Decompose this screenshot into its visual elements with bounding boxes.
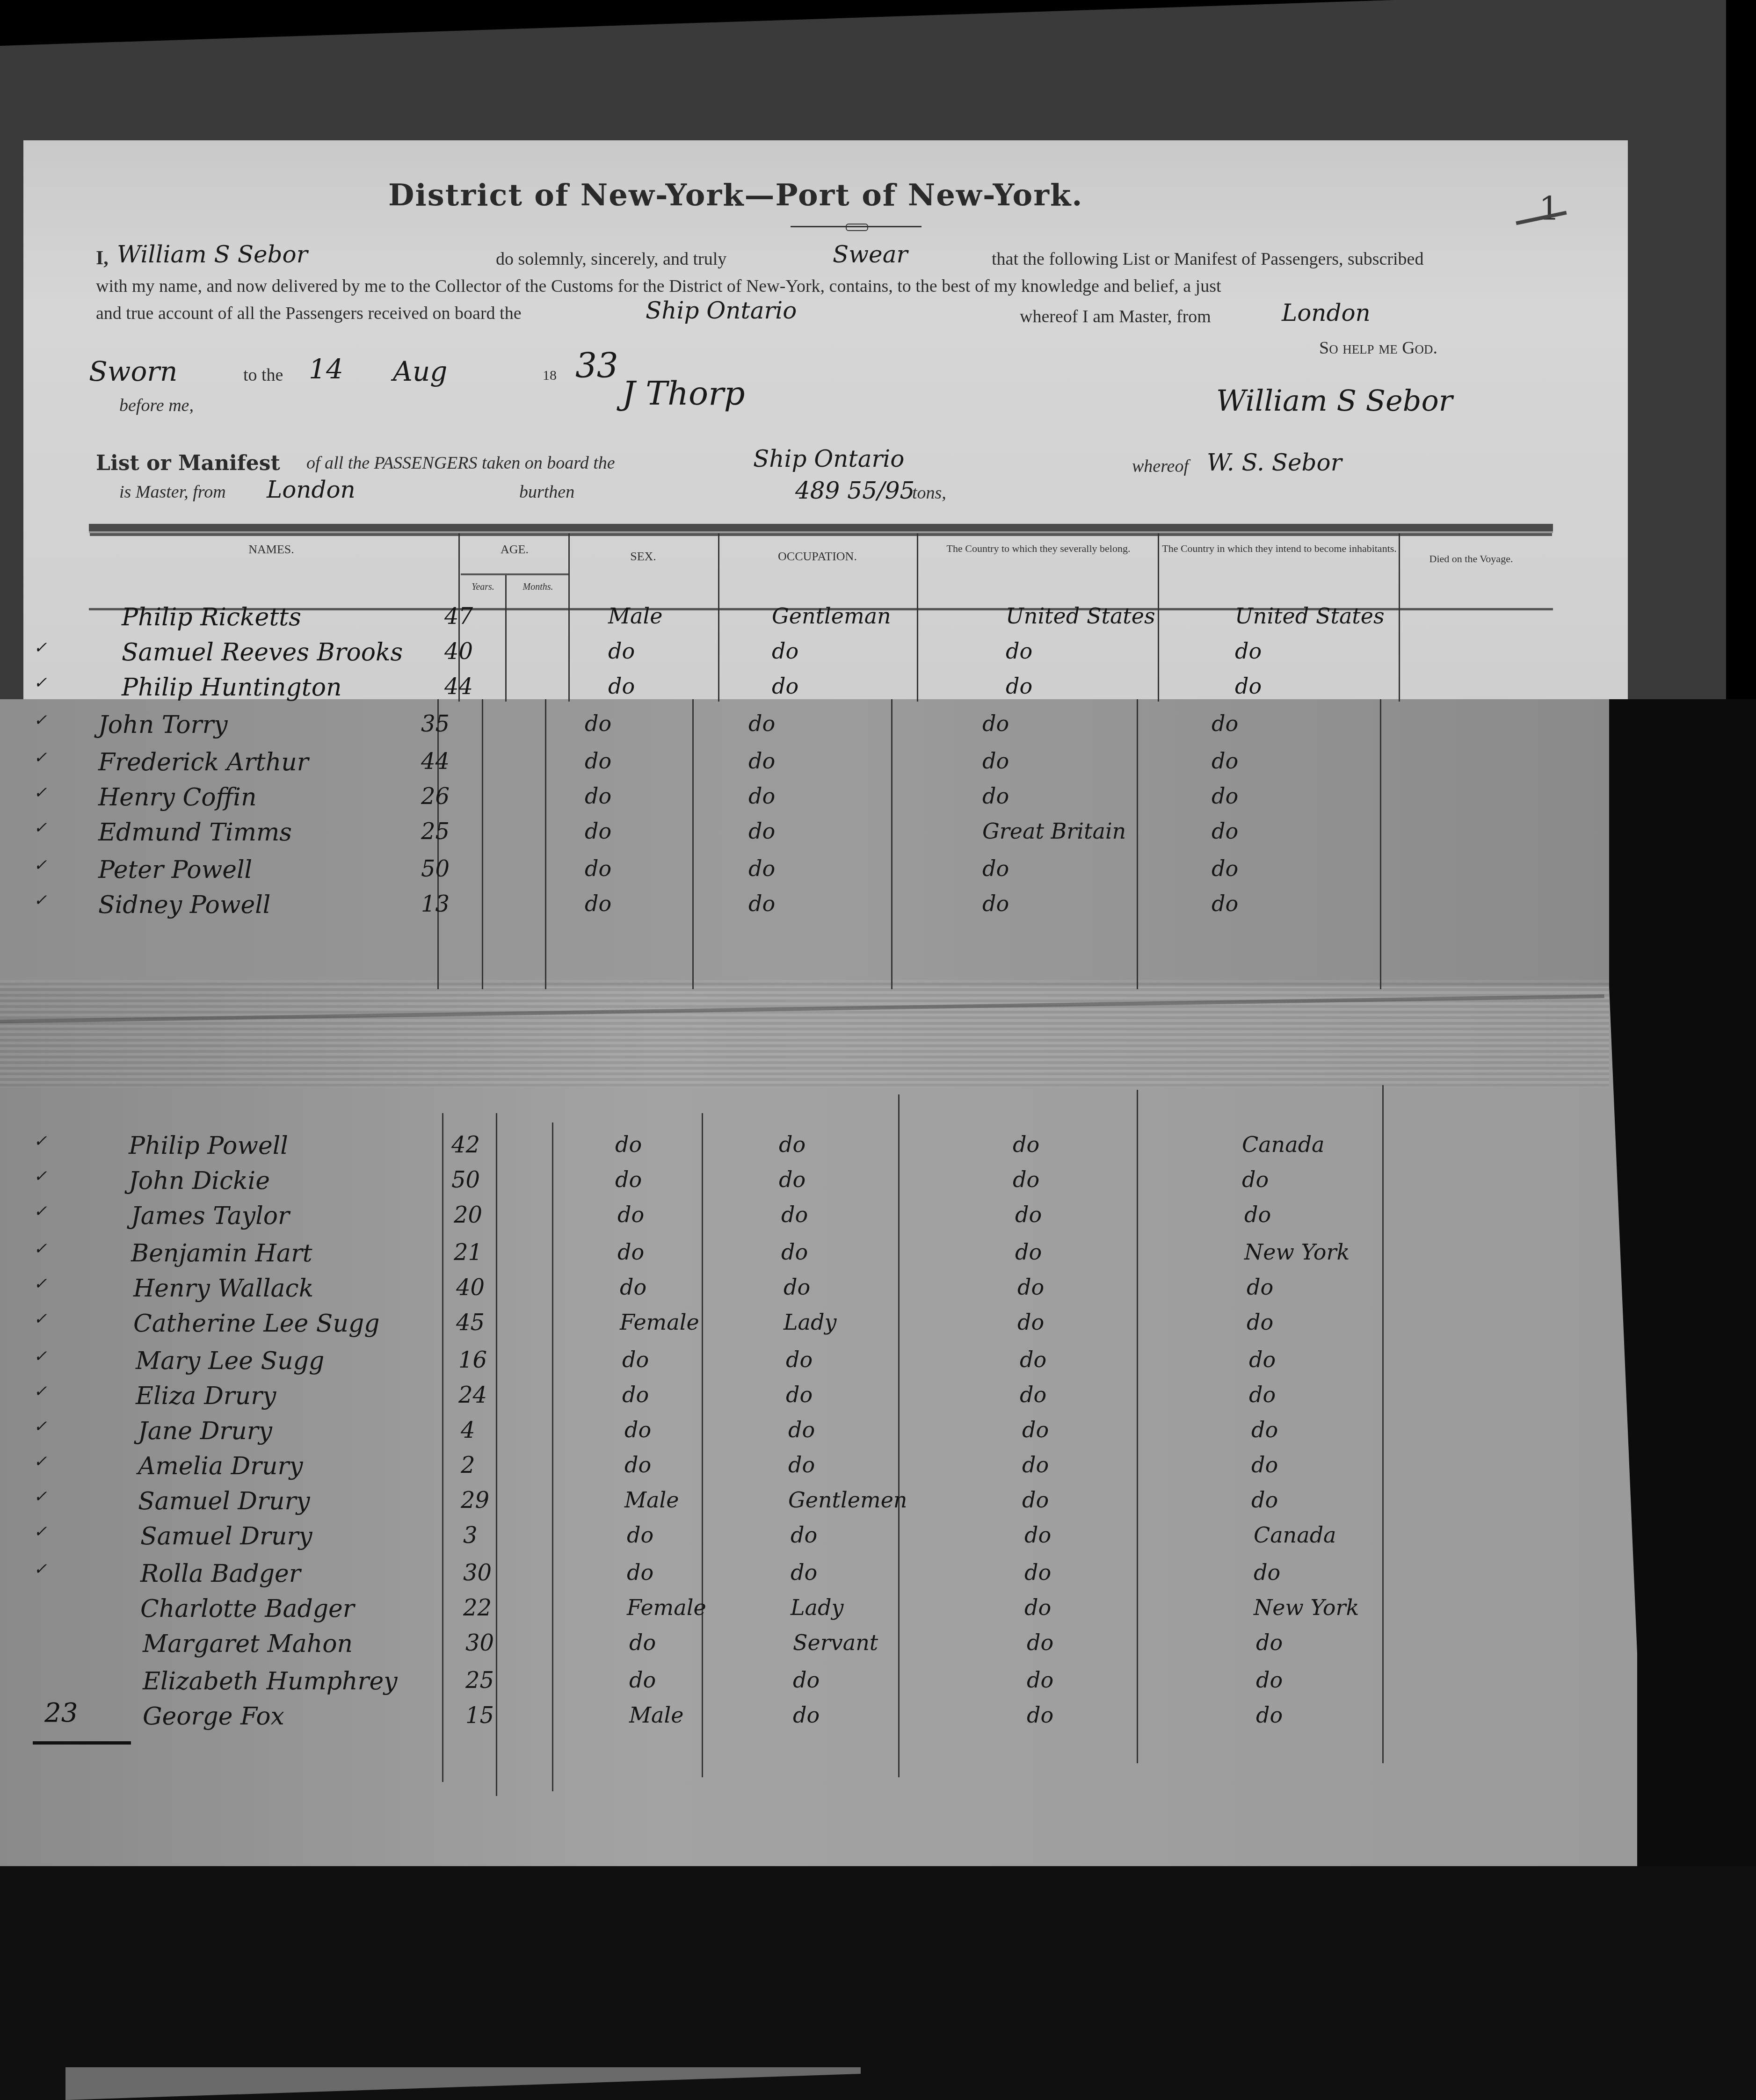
- manifest-master: W. S. Sebor: [1207, 449, 1342, 476]
- passenger-occupation: do: [781, 1239, 808, 1265]
- passenger-name: Philip Ricketts: [122, 603, 301, 631]
- checkmark-icon: ✓: [34, 711, 47, 730]
- passenger-occupation: do: [748, 856, 775, 881]
- passenger-name: Charlotte Badger: [140, 1595, 355, 1623]
- passenger-sex: do: [624, 1452, 651, 1477]
- passenger-occupation: do: [779, 1132, 805, 1157]
- passenger-row: Charlotte Badger22FemaleLadydoNew York: [0, 1595, 1609, 1632]
- manifest-label: List or Manifest: [96, 451, 280, 475]
- passenger-row: ✓Eliza Drury24dodododo: [0, 1382, 1609, 1419]
- passenger-occupation: do: [793, 1667, 820, 1693]
- passenger-sex: do: [608, 638, 635, 664]
- passenger-name: Philip Huntington: [122, 673, 342, 702]
- passenger-row: ✓Frederick Arthur44dodododo: [0, 748, 1609, 786]
- passenger-country-intend: do: [1256, 1702, 1283, 1728]
- passenger-sex: Male: [608, 603, 662, 629]
- passenger-age: 40: [456, 1274, 485, 1301]
- checkmark-icon: ✓: [34, 818, 47, 837]
- tally-underline: [33, 1741, 131, 1745]
- passenger-country-intend: do: [1235, 638, 1262, 664]
- passenger-row: ✓Mary Lee Sugg16dodododo: [0, 1347, 1609, 1384]
- passenger-age: 30: [465, 1630, 494, 1656]
- manifest-tonnage: 489 55/95: [795, 477, 914, 504]
- passenger-country-belong: do: [1015, 1202, 1042, 1227]
- passenger-row: ✓Henry Coffin26dodododo: [0, 783, 1609, 821]
- passenger-occupation: do: [786, 1382, 813, 1407]
- passenger-country-belong: do: [1017, 1310, 1044, 1335]
- checkmark-icon: ✓: [34, 1274, 47, 1293]
- checkmark-icon: ✓: [34, 1132, 47, 1151]
- passenger-country-intend: do: [1212, 783, 1238, 809]
- passenger-country-belong: United States: [1006, 603, 1155, 629]
- oath-text-2: that the following List or Manifest of P…: [992, 249, 1423, 269]
- master-signature: William S Sebor: [1216, 384, 1452, 418]
- column-header-intend: The Country in which they intend to beco…: [1160, 543, 1399, 555]
- column-header-occupation: OCCUPATION.: [718, 550, 917, 564]
- document-title: District of New-York—Port of New-York.: [388, 178, 1083, 213]
- passenger-name: Mary Lee Sugg: [136, 1347, 324, 1375]
- officer-signature: J Thorp: [622, 374, 745, 413]
- passenger-sex: do: [624, 1417, 651, 1442]
- passenger-age: 29: [461, 1487, 489, 1513]
- passenger-occupation: do: [748, 783, 775, 809]
- passenger-name: Rolla Badger: [140, 1560, 301, 1588]
- passenger-row: ✓Rolla Badger30dodododo: [0, 1560, 1609, 1597]
- passenger-age: 3: [463, 1522, 478, 1549]
- checkmark-icon: ✓: [34, 856, 47, 875]
- column-header-sex: SEX.: [568, 550, 718, 564]
- checkmark-icon: ✓: [34, 1417, 47, 1436]
- passenger-country-intend: do: [1212, 856, 1238, 881]
- passenger-row: ✓Samuel Drury3dododoCanada: [0, 1522, 1609, 1560]
- checkmark-icon: ✓: [34, 1382, 47, 1401]
- oath-line-3-prefix: and true account of all the Passengers r…: [96, 303, 522, 324]
- passenger-country-belong: do: [1017, 1274, 1044, 1300]
- passenger-country-belong: do: [1006, 673, 1032, 699]
- passenger-occupation: do: [784, 1274, 810, 1300]
- passenger-sex: do: [629, 1630, 656, 1655]
- title-ornament: [791, 224, 922, 229]
- passenger-name: Frederick Arthur: [98, 748, 309, 776]
- passenger-sex: do: [585, 856, 611, 881]
- manifest-text-1: of all the PASSENGERS taken on board the: [306, 453, 615, 473]
- passenger-row: ✓Jane Drury4dodododo: [0, 1417, 1609, 1455]
- passenger-sex: do: [629, 1667, 656, 1693]
- sworn-to-the: to the: [243, 365, 283, 385]
- passenger-country-belong: do: [1022, 1417, 1049, 1442]
- checkmark-icon: ✓: [34, 1239, 47, 1258]
- passenger-occupation: Lady: [791, 1595, 843, 1620]
- oath-vessel: Ship Ontario: [646, 297, 797, 324]
- passenger-age: 24: [458, 1382, 487, 1408]
- passenger-country-belong: do: [982, 748, 1009, 774]
- passenger-sex: do: [585, 748, 611, 774]
- passenger-age: 2: [461, 1452, 475, 1478]
- passenger-sex: do: [622, 1347, 649, 1372]
- passenger-country-belong: do: [1024, 1560, 1051, 1585]
- oath-prefix: I,: [96, 247, 109, 269]
- passenger-country-belong: do: [1027, 1702, 1053, 1728]
- passenger-country-belong: do: [1013, 1132, 1039, 1157]
- passenger-row: ✓Samuel Reeves Brooks40dodododo: [0, 638, 1609, 676]
- passenger-country-intend: do: [1251, 1452, 1278, 1477]
- column-header-belong: The Country to which they severally belo…: [919, 543, 1158, 555]
- passenger-row: ✓Henry Wallack40dodododo: [0, 1274, 1609, 1312]
- scan-frame-bottom: [0, 1866, 1756, 2100]
- passenger-country-intend: do: [1212, 818, 1238, 844]
- passenger-country-intend: do: [1242, 1167, 1269, 1192]
- passenger-occupation: Lady: [784, 1310, 836, 1335]
- passenger-name: James Taylor: [131, 1202, 290, 1230]
- passenger-sex: do: [615, 1132, 642, 1157]
- passenger-row: ✓Edmund Timms25dodoGreat Britaindo: [0, 818, 1609, 856]
- passenger-sex: do: [615, 1167, 642, 1192]
- passenger-country-intend: New York: [1244, 1239, 1350, 1265]
- oath-verb: Swear: [833, 241, 907, 268]
- passenger-country-intend: do: [1251, 1417, 1278, 1442]
- passenger-row: ✓John Torry35dodododo: [0, 711, 1609, 748]
- passenger-age: 20: [454, 1202, 482, 1228]
- passenger-country-intend: do: [1251, 1487, 1278, 1513]
- checkmark-icon: ✓: [34, 891, 47, 910]
- checkmark-icon: ✓: [34, 783, 47, 802]
- passenger-country-intend: do: [1254, 1560, 1280, 1585]
- passenger-country-intend: do: [1212, 711, 1238, 736]
- passenger-sex: do: [585, 711, 611, 736]
- checkmark-icon: ✓: [34, 1347, 47, 1366]
- passenger-name: Henry Coffin: [98, 783, 256, 811]
- passenger-sex: Male: [629, 1702, 683, 1728]
- passenger-occupation: do: [788, 1417, 815, 1442]
- passenger-sex: do: [617, 1202, 644, 1227]
- checkmark-icon: ✓: [34, 748, 47, 767]
- passenger-sex: do: [585, 891, 611, 916]
- passenger-sex: do: [585, 783, 611, 809]
- passenger-row: ✓Amelia Drury2dodododo: [0, 1452, 1609, 1490]
- passenger-occupation: do: [748, 711, 775, 736]
- manifest-is-master-from: is Master, from: [119, 482, 226, 502]
- passenger-row: Philip Ricketts47MaleGentlemanUnited Sta…: [0, 603, 1609, 641]
- passenger-occupation: do: [788, 1452, 815, 1477]
- oath-port-from: London: [1282, 299, 1371, 326]
- passenger-row: ✓Sidney Powell13dodododo: [0, 891, 1609, 928]
- passenger-age: 44: [444, 673, 473, 700]
- sworn-before-me: before me,: [119, 395, 194, 416]
- passenger-country-belong: Great Britain: [982, 818, 1126, 844]
- passenger-age: 44: [421, 748, 450, 775]
- passenger-country-belong: do: [1015, 1239, 1042, 1265]
- passenger-country-belong: do: [1020, 1382, 1046, 1407]
- sworn-month: Aug: [393, 355, 447, 387]
- passenger-row: ✓Benjamin Hart21dododoNew York: [0, 1239, 1609, 1277]
- passenger-occupation: do: [748, 818, 775, 844]
- passenger-row: ✓Philip Huntington44dodododo: [0, 673, 1609, 711]
- sworn-year-prefix: 18: [543, 368, 557, 384]
- passenger-name: Sidney Powell: [98, 891, 270, 919]
- passenger-country-belong: do: [1024, 1522, 1051, 1548]
- passenger-row: Elizabeth Humphrey25dodododo: [0, 1667, 1609, 1705]
- passenger-country-intend: do: [1247, 1310, 1273, 1335]
- passenger-row: ✓Samuel Drury29MaleGentlemendodo: [0, 1487, 1609, 1525]
- passenger-sex: Female: [620, 1310, 699, 1335]
- passenger-country-intend: Canada: [1254, 1522, 1336, 1548]
- passenger-row: Margaret Mahon30doServantdodo: [0, 1630, 1609, 1667]
- passenger-country-belong: do: [982, 711, 1009, 736]
- passenger-country-belong: do: [982, 783, 1009, 809]
- passenger-country-belong: do: [982, 891, 1009, 916]
- oath-closing: So help me God.: [1319, 338, 1437, 358]
- passenger-age: 50: [421, 856, 450, 882]
- passenger-country-intend: do: [1244, 1202, 1271, 1227]
- passenger-occupation: do: [779, 1167, 805, 1192]
- passenger-age: 15: [465, 1702, 494, 1729]
- manifest-vessel: Ship Ontario: [753, 445, 904, 472]
- passenger-age: 22: [463, 1595, 492, 1621]
- sworn-word: Sworn: [89, 355, 177, 387]
- passenger-name: Amelia Drury: [138, 1452, 303, 1480]
- sworn-year-suffix: 33: [575, 346, 618, 385]
- passenger-occupation: Servant: [793, 1630, 878, 1655]
- passenger-name: Margaret Mahon: [143, 1630, 353, 1658]
- passenger-country-intend: United States: [1235, 603, 1385, 629]
- manifest-burthen: burthen: [519, 482, 574, 502]
- passenger-country-belong: do: [1006, 638, 1032, 664]
- checkmark-icon: ✓: [34, 1310, 47, 1328]
- passenger-sex: do: [617, 1239, 644, 1265]
- passenger-tally: 23: [44, 1698, 78, 1728]
- passenger-age: 26: [421, 783, 450, 810]
- checkmark-icon: ✓: [34, 673, 47, 692]
- passenger-country-belong: do: [1013, 1167, 1039, 1192]
- passenger-age: 50: [451, 1167, 480, 1193]
- passenger-name: Peter Powell: [98, 856, 252, 884]
- passenger-sex: do: [620, 1274, 646, 1300]
- oath-text-1: do solemnly, sincerely, and truly: [496, 249, 726, 269]
- passenger-name: Benjamin Hart: [131, 1239, 312, 1267]
- scan-seam: [0, 980, 1609, 1087]
- passenger-sex: do: [585, 818, 611, 844]
- passenger-country-belong: do: [1027, 1630, 1053, 1655]
- passenger-age: 4: [461, 1417, 475, 1443]
- passenger-sex: Male: [624, 1487, 679, 1513]
- passenger-country-intend: do: [1247, 1274, 1273, 1300]
- passenger-age: 30: [463, 1560, 492, 1586]
- passenger-age: 13: [421, 891, 450, 917]
- column-header-months: Months.: [508, 580, 568, 594]
- checkmark-icon: ✓: [34, 1452, 47, 1471]
- passenger-country-intend: do: [1249, 1382, 1276, 1407]
- passenger-age: 25: [421, 818, 450, 845]
- passenger-country-intend: Canada: [1242, 1132, 1325, 1157]
- passenger-occupation: do: [781, 1202, 808, 1227]
- passenger-row: ✓Peter Powell50dodododo: [0, 856, 1609, 893]
- passenger-age: 47: [444, 603, 473, 630]
- checkmark-icon: ✓: [34, 1560, 47, 1579]
- checkmark-icon: ✓: [34, 1487, 47, 1506]
- checkmark-icon: ✓: [34, 1522, 47, 1541]
- passenger-country-intend: do: [1212, 891, 1238, 916]
- passenger-name: Henry Wallack: [133, 1274, 313, 1303]
- checkmark-icon: ✓: [34, 1167, 47, 1186]
- passenger-name: Samuel Drury: [138, 1487, 310, 1515]
- passenger-row: ✓Catherine Lee Sugg45FemaleLadydodo: [0, 1310, 1609, 1347]
- passenger-country-belong: do: [1022, 1452, 1049, 1477]
- passenger-name: Catherine Lee Sugg: [133, 1310, 380, 1338]
- checkmark-icon: ✓: [34, 638, 47, 657]
- passenger-row: ✓James Taylor20dodododo: [0, 1202, 1609, 1239]
- passenger-name: Elizabeth Humphrey: [143, 1667, 398, 1695]
- passenger-sex: Female: [627, 1595, 706, 1620]
- passenger-country-intend: do: [1249, 1347, 1276, 1372]
- column-header-years: Years.: [461, 580, 505, 594]
- column-header-age: AGE.: [461, 543, 568, 557]
- passenger-country-intend: do: [1256, 1667, 1283, 1693]
- passenger-name: Samuel Drury: [140, 1522, 312, 1550]
- passenger-country-intend: do: [1256, 1630, 1283, 1655]
- passenger-name: Philip Powell: [129, 1132, 288, 1160]
- passenger-name: John Dickie: [129, 1167, 270, 1195]
- passenger-row: ✓Philip Powell42dododoCanada: [0, 1132, 1609, 1169]
- column-header-died: Died on the Voyage.: [1401, 552, 1541, 566]
- passenger-age: 21: [454, 1239, 482, 1266]
- passenger-occupation: Gentlemen: [788, 1487, 907, 1513]
- passenger-occupation: do: [772, 673, 798, 699]
- passenger-sex: do: [622, 1382, 649, 1407]
- passenger-row: George Fox15Maledododo: [0, 1702, 1609, 1740]
- passenger-country-belong: do: [1027, 1667, 1053, 1693]
- passenger-occupation: do: [791, 1560, 817, 1585]
- passenger-age: 42: [451, 1132, 480, 1158]
- passenger-occupation: do: [786, 1347, 813, 1372]
- checkmark-icon: ✓: [34, 1202, 47, 1221]
- passenger-country-belong: do: [1022, 1487, 1049, 1513]
- passenger-occupation: do: [791, 1522, 817, 1548]
- passenger-occupation: Gentleman: [772, 603, 891, 629]
- passenger-country-belong: do: [1024, 1595, 1051, 1620]
- passenger-age: 35: [421, 711, 450, 737]
- passenger-age: 45: [456, 1310, 485, 1336]
- passenger-name: Edmund Timms: [98, 818, 292, 847]
- oath-master-name: William S Sebor: [117, 241, 308, 268]
- passenger-sex: do: [608, 673, 635, 699]
- passenger-occupation: do: [772, 638, 798, 664]
- passenger-sex: do: [627, 1560, 653, 1585]
- passenger-country-intend: do: [1212, 748, 1238, 774]
- passenger-occupation: do: [748, 748, 775, 774]
- passenger-country-intend: do: [1235, 673, 1262, 699]
- passenger-country-intend: New York: [1254, 1595, 1359, 1620]
- sworn-day: 14: [309, 353, 343, 385]
- passenger-name: Eliza Drury: [136, 1382, 276, 1410]
- passenger-age: 16: [458, 1347, 487, 1373]
- manifest-tons: tons,: [912, 483, 946, 503]
- passenger-row: ✓John Dickie50dodododo: [0, 1167, 1609, 1204]
- passenger-country-belong: do: [982, 856, 1009, 881]
- passenger-sex: do: [627, 1522, 653, 1548]
- passenger-occupation: do: [748, 891, 775, 916]
- table-top-rule: [89, 524, 1553, 533]
- passenger-age: 25: [465, 1667, 494, 1694]
- age-subheader-rule: [461, 573, 568, 575]
- passenger-name: Samuel Reeves Brooks: [122, 638, 403, 666]
- passenger-occupation: do: [793, 1702, 820, 1728]
- manifest-port-from: London: [267, 476, 356, 503]
- passenger-name: Jane Drury: [138, 1417, 272, 1445]
- manifest-whereof: whereof: [1132, 456, 1189, 477]
- passenger-age: 40: [444, 638, 473, 665]
- passenger-country-belong: do: [1020, 1347, 1046, 1372]
- oath-line-2: with my name, and now delivered by me to…: [96, 276, 1221, 297]
- passenger-name: George Fox: [143, 1702, 284, 1731]
- oath-line-3-mid: whereof I am Master, from: [1020, 306, 1211, 327]
- page-number: 1: [1539, 189, 1560, 228]
- passenger-name: John Torry: [98, 711, 228, 739]
- column-header-names: NAMES.: [89, 543, 454, 557]
